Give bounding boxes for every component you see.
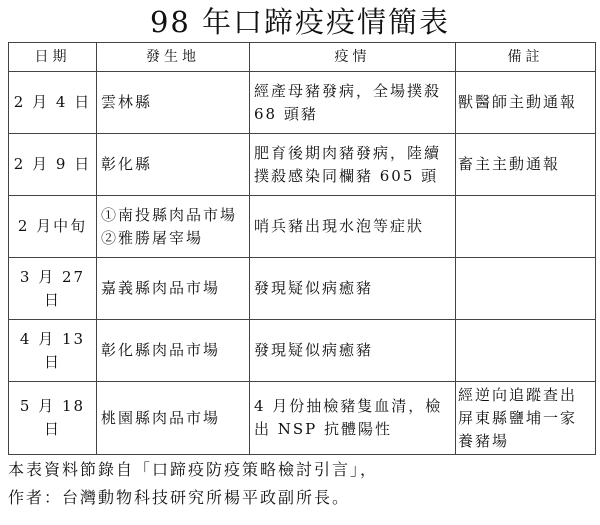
cell-note [456,258,596,320]
cell-date: 4 月 13 日 [9,320,97,382]
table-row: 2 月 4 日 雲林縣 經產母豬發病，全場撲殺 68 頭豬 獸醫師主動通報 [9,72,596,134]
source-note: 本表資料節錄自「口蹄疫防疫策略檢討引言」， [8,458,378,482]
table-row: 3 月 27 日 嘉義縣肉品市場 發現疑似病癒豬 [9,258,596,320]
header-note: 備註 [456,43,596,72]
cell-status: 發現疑似病癒豬 [250,320,456,382]
table-header-row: 日期 發生地 疫情 備註 [9,43,596,72]
cell-note: 畜主主動通報 [456,134,596,196]
cell-place: 桃園縣肉品市場 [97,382,250,455]
page-title: 98 年口蹄疫疫情簡表 [0,4,600,40]
cell-status: 哨兵豬出現水泡等症狀 [250,196,456,258]
cell-status: 經產母豬發病，全場撲殺 68 頭豬 [250,72,456,134]
cell-date: 3 月 27 日 [9,258,97,320]
cell-date: 2 月 4 日 [9,72,97,134]
outbreak-table: 日期 發生地 疫情 備註 2 月 4 日 雲林縣 經產母豬發病，全場撲殺 68 … [8,42,596,455]
cell-status: 發現疑似病癒豬 [250,258,456,320]
cell-note [456,320,596,382]
cell-place: 嘉義縣肉品市場 [97,258,250,320]
cell-date: 2 月 9 日 [9,134,97,196]
cell-place: 彰化縣 [97,134,250,196]
cell-status: 肥育後期肉豬發病，陸續撲殺感染同欄豬 605 頭 [250,134,456,196]
table-row: 4 月 13 日 彰化縣肉品市場 發現疑似病癒豬 [9,320,596,382]
cell-status: 4 月份抽檢豬隻血清，檢出 NSP 抗體陽性 [250,382,456,455]
cell-place: 雲林縣 [97,72,250,134]
header-date: 日期 [9,43,97,72]
header-place: 發生地 [97,43,250,72]
cell-date: 2 月中旬 [9,196,97,258]
table-row: 5 月 18 日 桃園縣肉品市場 4 月份抽檢豬隻血清，檢出 NSP 抗體陽性 … [9,382,596,455]
cell-note [456,196,596,258]
author-note: 作者：台灣動物科技研究所楊平政副所長。 [8,486,350,510]
cell-date: 5 月 18 日 [9,382,97,455]
table-row: 2 月 9 日 彰化縣 肥育後期肉豬發病，陸續撲殺感染同欄豬 605 頭 畜主主… [9,134,596,196]
table-row: 2 月中旬 ①南投縣肉品市場 ②雅勝屠宰場 哨兵豬出現水泡等症狀 [9,196,596,258]
cell-place: 彰化縣肉品市場 [97,320,250,382]
place-line: ①南投縣肉品市場 [101,204,245,227]
header-status: 疫情 [250,43,456,72]
cell-note: 獸醫師主動通報 [456,72,596,134]
cell-place: ①南投縣肉品市場 ②雅勝屠宰場 [97,196,250,258]
place-line: ②雅勝屠宰場 [101,227,245,250]
cell-note: 經逆向追蹤查出屏東縣鹽埔一家養豬場 [456,382,596,455]
